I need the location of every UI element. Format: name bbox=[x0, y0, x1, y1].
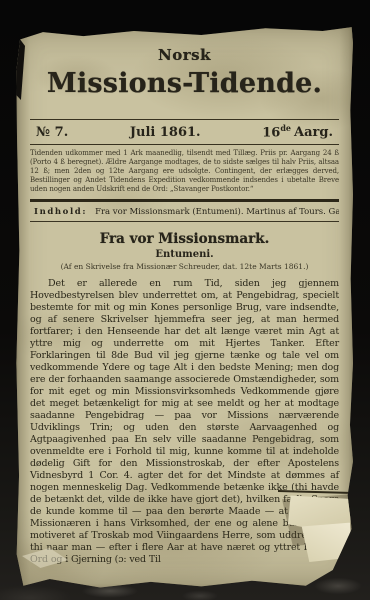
contents-line: Indhold:Fra vor Missionsmark (Entumeni).… bbox=[30, 207, 339, 217]
issue-number: № 7. bbox=[36, 125, 68, 140]
article-subtitle: Entumeni. bbox=[30, 249, 339, 260]
volume-number: 16 bbox=[262, 125, 280, 140]
subscription-note: Tidenden udkommer med 1 Ark maanedlig, t… bbox=[30, 149, 339, 194]
newspaper-page: Norsk Missions-Tidende. № 7. Juli 1861. … bbox=[16, 26, 353, 588]
volume-suffix: de bbox=[280, 123, 291, 133]
contents-items: Fra vor Missionsmark (Entumeni). Martinu… bbox=[95, 207, 339, 217]
page-content: Norsk Missions-Tidende. № 7. Juli 1861. … bbox=[16, 46, 353, 566]
masthead-title: Missions-Tidende. bbox=[30, 68, 339, 99]
issue-volume: 16deAarg. bbox=[262, 123, 333, 140]
volume-label: Aarg. bbox=[294, 125, 333, 140]
masthead-publisher: Norsk bbox=[30, 46, 339, 64]
contents-label: Indhold: bbox=[34, 207, 87, 217]
article-title: Fra vor Missionsmark. bbox=[30, 231, 339, 247]
rule-below-issue bbox=[30, 144, 339, 145]
rule-below-contents bbox=[30, 221, 339, 222]
rule-thick bbox=[30, 199, 339, 202]
article-byline: (Af en Skrivelse fra Missionær Schreuder… bbox=[30, 262, 339, 271]
issue-line: № 7. Juli 1861. 16deAarg. bbox=[30, 120, 339, 142]
photo-background: { "masthead": { "title_top": "Norsk", "t… bbox=[0, 0, 370, 600]
issue-date: Juli 1861. bbox=[130, 125, 201, 140]
